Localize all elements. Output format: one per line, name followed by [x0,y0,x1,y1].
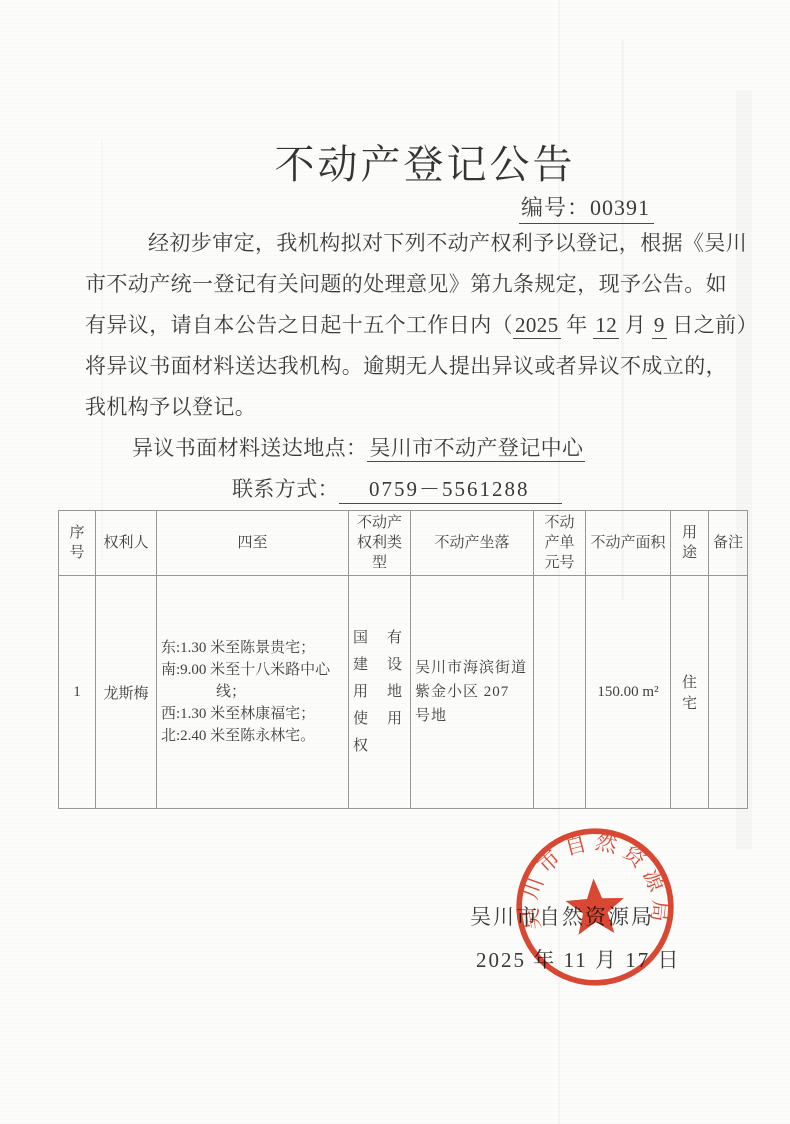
document-number-value: 00391 [590,195,650,220]
document-page: 不动产登记公告 编号：00391 经初步审定，我机构拟对下列不动产权利予以登记，… [0,0,790,1124]
delivery-address-label: 异议书面材料送达地点： [132,436,367,460]
col-header-seq: 序号 [59,511,96,576]
registration-table: 序号 权利人 四至 不动产权利类型 不动产坐落 不动产单元号 不动产面积 用途 … [58,510,748,809]
deadline-month: 12 [593,313,619,339]
notice-line-3-text: 有异议，请自本公告之日起十五个工作日内（ [85,313,513,337]
official-seal: 吴川市自然资源局 [509,821,681,993]
deadline-day: 9 [652,313,667,339]
col-header-usage: 用途 [671,511,709,576]
notice-line-1: 经初步审定，我机构拟对下列不动产权利予以登记，根据《吴川 [85,223,707,264]
notice-body: 经初步审定，我机构拟对下列不动产权利予以登记，根据《吴川 市不动产统一登记有关问… [85,223,707,510]
cell-unit-no [534,576,586,809]
cell-boundaries: 东:1.30 米至陈景贵宅； 南:9.00 米至十八米路中心线； 西:1.30 … [157,576,349,809]
table-row: 1 龙斯梅 东:1.30 米至陈景贵宅； 南:9.00 米至十八米路中心线； 西… [59,576,748,809]
boundary-east: 东:1.30 米至陈景贵宅； [161,637,344,659]
cell-remark [709,576,748,809]
col-header-boundaries: 四至 [157,511,349,576]
document-number-label: 编号： [521,195,590,220]
document-number: 编号：00391 [519,191,654,224]
contact-line: 联系方式：0759－5561288 [85,469,707,510]
notice-line-5: 我机构予以登记。 [85,387,707,428]
page-title: 不动产登记公告 [60,133,790,190]
col-header-right-type: 不动产权利类型 [349,511,411,576]
col-header-location: 不动产坐落 [411,511,534,576]
delivery-address-line: 异议书面材料送达地点：吴川市不动产登记中心 [85,428,707,469]
col-header-remark: 备注 [709,511,748,576]
notice-line-3: 有异议，请自本公告之日起十五个工作日内（2025 年 12 月 9 日之前） [85,305,707,346]
col-header-holder: 权利人 [96,511,157,576]
boundary-south: 南:9.00 米至十八米路中心线； [161,659,344,703]
cell-area: 150.00 m² [586,576,671,809]
notice-line-3-end: 日之前） [667,313,758,337]
contact-label: 联系方式： [232,477,339,501]
notice-line-3-sep: 月 [619,313,652,337]
delivery-address-value: 吴川市不动产登记中心 [367,436,585,462]
seal-star-icon [564,877,625,936]
boundary-west: 西:1.30 米至林康福宅； [161,703,344,725]
notice-line-3-sep: 年 [561,313,594,337]
cell-holder: 龙斯梅 [96,576,157,809]
contact-phone-value: 0759－5561288 [339,477,562,504]
table-header-row: 序号 权利人 四至 不动产权利类型 不动产坐落 不动产单元号 不动产面积 用途 … [59,511,748,576]
deadline-year: 2025 [513,313,561,339]
cell-right-type: 国有建设用地使用权 [349,576,411,809]
notice-line-2: 市不动产统一登记有关问题的处理意见》第九条规定，现予公告。如 [85,264,707,305]
col-header-area: 不动产面积 [586,511,671,576]
cell-usage: 住宅 [671,576,709,809]
boundary-north: 北:2.40 米至陈永林宅。 [161,725,344,747]
cell-location: 吴川市海滨街道紫金小区 207 号地 [411,576,534,809]
col-header-unit-no: 不动产单元号 [534,511,586,576]
notice-line-4: 将异议书面材料送达我机构。逾期无人提出异议或者异议不成立的， [85,346,707,387]
cell-seq: 1 [59,576,96,809]
